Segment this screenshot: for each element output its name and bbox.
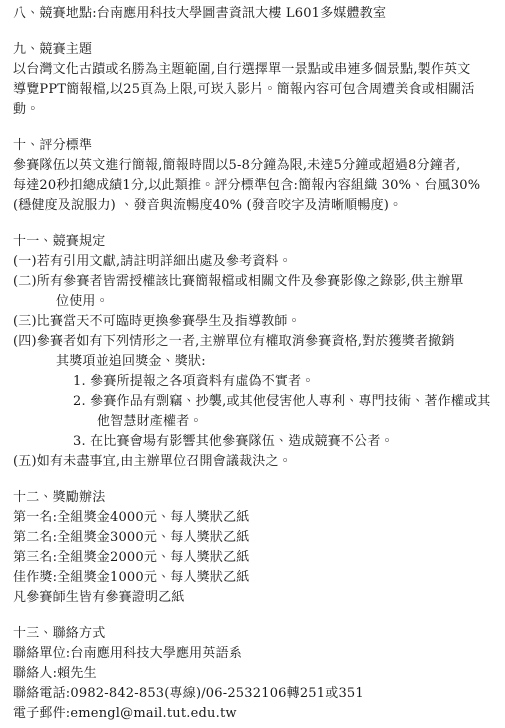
text-line: 八、競賽地點:台南應用科技大學圖書資訊大樓 L601多媒體教室	[13, 4, 493, 24]
section-9-theme: 九、競賽主題以台灣文化古蹟或名勝為主題範圍,自行選擇單一景點或串連多個景點,製作…	[13, 40, 493, 120]
text-line: (穩健度及說服力) 、發音與流暢度40% (發音咬字及清晰順暢度)。	[13, 196, 493, 216]
section-13-contact: 十三、聯絡方式聯絡單位:台南應用科技大學應用英語系聯絡人:賴先生聯絡電話:098…	[13, 624, 493, 724]
text-line: 凡參賽師生皆有參賽證明乙紙	[13, 588, 493, 608]
text-line: 位使用。	[13, 292, 493, 312]
text-line: 佳作獎:全組獎金1000元、每人獎狀乙紙	[13, 568, 493, 588]
text-line: 其獎項並追回獎金、獎狀:	[13, 352, 493, 372]
text-line: 電子郵件:emengl@mail.tut.edu.tw	[13, 704, 493, 724]
text-line: (三)比賽當天不可臨時更換參賽學生及指導教師。	[13, 312, 493, 332]
document-page: 八、競賽地點:台南應用科技大學圖書資訊大樓 L601多媒體教室九、競賽主題以台灣…	[0, 0, 505, 728]
text-line: (二)所有參賽者皆需授權該比賽簡報檔或相關文件及參賽影像之錄影,供主辦單	[13, 272, 493, 292]
text-line: (一)若有引用文獻,請註明詳細出處及參考資料。	[13, 252, 493, 272]
text-line: 十三、聯絡方式	[13, 624, 493, 644]
section-12-awards: 十二、獎勵辦法第一名:全組獎金4000元、每人獎狀乙紙第二名:全組獎金3000元…	[13, 488, 493, 608]
text-line: 第二名:全組獎金3000元、每人獎狀乙紙	[13, 528, 493, 548]
text-line: (五)如有未盡事宜,由主辦單位召開會議裁決之。	[13, 452, 493, 472]
section-11-rules: 十一、競賽規定(一)若有引用文獻,請註明詳細出處及參考資料。(二)所有參賽者皆需…	[13, 232, 493, 472]
text-line: 第三名:全組獎金2000元、每人獎狀乙紙	[13, 548, 493, 568]
text-line: 聯絡電話:0982-842-853(專線)/06-2532106轉251或351	[13, 684, 493, 704]
section-10-scoring: 十、評分標準參賽隊伍以英文進行簡報,簡報時間以5-8分鐘為限,未達5分鐘或超過8…	[13, 136, 493, 216]
text-line: 十、評分標準	[13, 136, 493, 156]
text-line: 以台灣文化古蹟或名勝為主題範圍,自行選擇單一景點或串連多個景點,製作英文	[13, 60, 493, 80]
text-line: 動。	[13, 100, 493, 120]
text-line: 3. 在比賽會場有影響其他參賽隊伍、造成競賽不公者。	[13, 432, 493, 452]
text-line: 十二、獎勵辦法	[13, 488, 493, 508]
document-body: 八、競賽地點:台南應用科技大學圖書資訊大樓 L601多媒體教室九、競賽主題以台灣…	[13, 4, 493, 724]
text-line: 每達20秒扣總成績1分,以此類推。評分標準包含:簡報內容組織 30%、台風30%	[13, 176, 493, 196]
text-line: 十一、競賽規定	[13, 232, 493, 252]
text-line: 1. 參賽所提報之各項資料有虛偽不實者。	[13, 372, 493, 392]
text-line: 第一名:全組獎金4000元、每人獎狀乙紙	[13, 508, 493, 528]
section-8-venue: 八、競賽地點:台南應用科技大學圖書資訊大樓 L601多媒體教室	[13, 4, 493, 24]
text-line: 2. 參賽作品有剽竊、抄襲,或其他侵害他人專利、專門技術、著作權或其	[13, 392, 493, 412]
text-line: 導覽PPT簡報檔,以25頁為上限,可崁入影片。簡報內容可包含周遭美食或相關活	[13, 80, 493, 100]
text-line: 聯絡單位:台南應用科技大學應用英語系	[13, 644, 493, 664]
text-line: (四)參賽者如有下列情形之一者,主辦單位有權取消參賽資格,對於獲獎者撤銷	[13, 332, 493, 352]
text-line: 九、競賽主題	[13, 40, 493, 60]
text-line: 他智慧財產權者。	[13, 412, 493, 432]
text-line: 參賽隊伍以英文進行簡報,簡報時間以5-8分鐘為限,未達5分鐘或超過8分鐘者,	[13, 156, 493, 176]
text-line: 聯絡人:賴先生	[13, 664, 493, 684]
